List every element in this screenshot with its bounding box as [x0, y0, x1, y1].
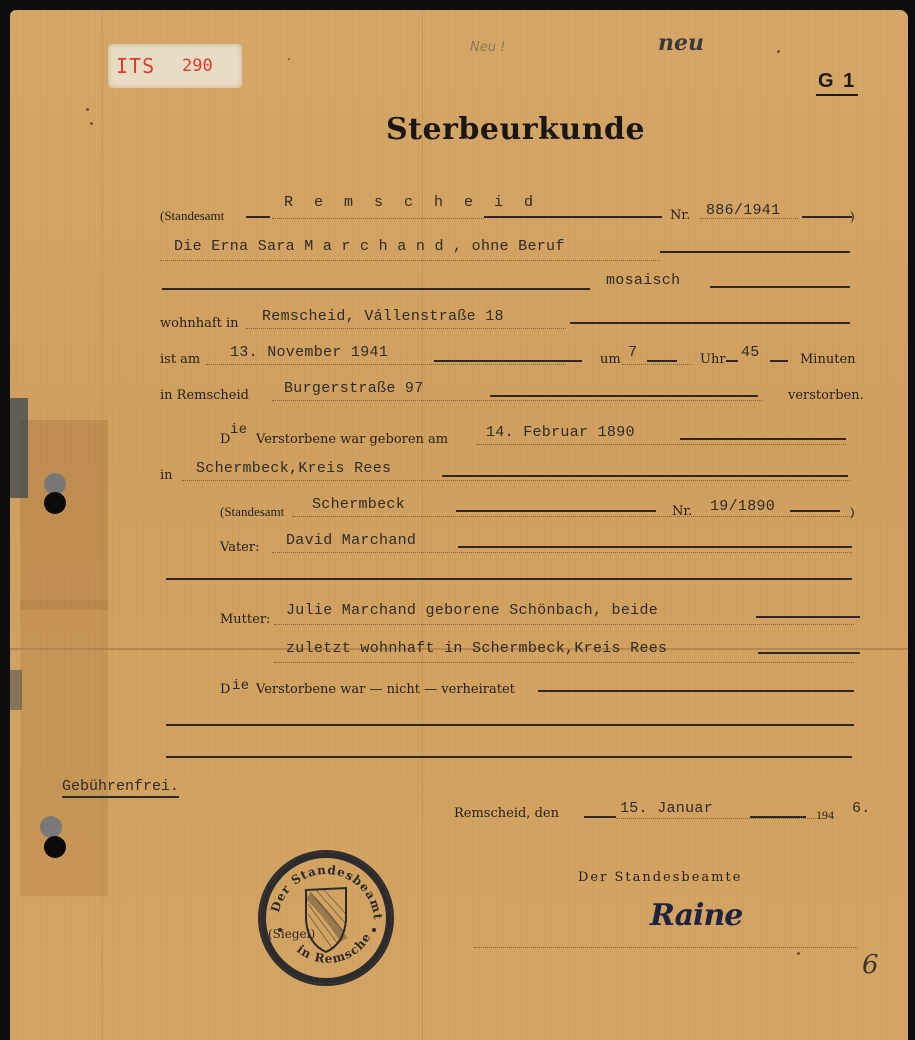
rule [570, 322, 850, 324]
paper-speck [86, 108, 89, 111]
fee-note: Gebührenfrei. [62, 778, 179, 798]
birth-date-value: 14. Februar 1890 [486, 424, 635, 441]
rule [434, 360, 582, 362]
archive-label: ITS 290 [108, 44, 242, 88]
residence-label: wohnhaft in [160, 316, 239, 331]
birth-registry-number-label: Nr. [672, 504, 692, 519]
dotted-line [206, 364, 566, 365]
minutes-label: Minuten [800, 352, 856, 367]
marital-status-text: Verstorbene war — nicht — verheiratet [256, 682, 515, 697]
mother-value-line2: zuletzt wohnhaft in Schermbeck,Kreis Ree… [286, 640, 667, 657]
dotted-line [616, 818, 826, 819]
seal-inner-label: (Siegel) [268, 927, 315, 941]
rule [538, 690, 854, 692]
rule [802, 216, 852, 218]
archive-label-number: 290 [182, 56, 213, 76]
dotted-line [246, 328, 566, 329]
rule [166, 724, 854, 726]
death-date-value: 13. November 1941 [230, 344, 388, 361]
died-label: verstorben. [788, 388, 864, 403]
father-label: Vater: [220, 540, 259, 555]
rule [710, 286, 850, 288]
dotted-line [476, 444, 846, 445]
rule [166, 756, 852, 758]
dotted-line [292, 516, 852, 517]
rule [726, 360, 738, 362]
birth-registry-close: ) [850, 504, 854, 520]
official-title: Der Standesbeamte [578, 870, 742, 885]
birth-registry-number-value: 19/1890 [710, 498, 775, 515]
death-place-label: in Remscheid [160, 388, 249, 403]
rule [770, 360, 788, 362]
rule [680, 438, 846, 440]
punch-hole-shadow [40, 816, 62, 838]
archive-label-prefix: ITS [116, 54, 155, 78]
dotted-line [274, 662, 854, 663]
dotted-line [272, 400, 762, 401]
dotted-line [272, 552, 852, 553]
rule [790, 510, 840, 512]
binding-tape-edge [10, 398, 28, 498]
registry-close: ) [850, 208, 854, 224]
signature-line [474, 947, 858, 948]
birth-label: Verstorbene war geboren am [256, 432, 448, 447]
repair-tape-upper [20, 420, 108, 610]
rule [442, 475, 848, 477]
birth-label-prefix: D [220, 432, 230, 447]
mother-label: Mutter: [220, 612, 270, 627]
rule [758, 652, 860, 654]
punch-hole [44, 492, 66, 514]
rule [246, 216, 270, 218]
punch-hole [44, 836, 66, 858]
page-number: 6 [862, 950, 879, 980]
rule [490, 395, 758, 397]
ink-annotation: neu [658, 30, 704, 56]
dotted-line [622, 364, 692, 365]
form-code: G 1 [816, 70, 858, 96]
death-date-label: ist am [160, 352, 200, 367]
binding-tape-edge [10, 670, 22, 710]
time-um-label: um [600, 352, 621, 367]
rule [162, 288, 590, 290]
rule [756, 616, 860, 618]
death-hour-value: 7 [628, 344, 637, 361]
issue-year-prefix: 194 [816, 808, 834, 823]
rule [660, 251, 850, 253]
dotted-line [182, 480, 850, 481]
rule [584, 816, 616, 818]
birth-label-fill: ie [230, 422, 247, 438]
official-signature: Raine [650, 898, 742, 933]
paper-speck [90, 122, 93, 125]
issue-year-suffix: 6. [852, 800, 871, 817]
rule [458, 546, 852, 548]
document-title: Sterbeurkunde [386, 112, 645, 147]
paper-speck [777, 50, 780, 53]
registry-label: (Standesamt [160, 208, 224, 224]
document-page: ITS 290 Neu ! neu G 1 Sterbeurkunde (Sta… [10, 10, 908, 1024]
registry-office-value: R e m s c h e i d [284, 194, 539, 211]
birth-place-label: in [160, 468, 173, 483]
paper-speck [797, 952, 800, 955]
rule [647, 360, 677, 362]
dotted-line [272, 218, 484, 219]
marital-label-fill: ie [232, 678, 249, 694]
rule [456, 510, 656, 512]
marital-label-prefix: D [220, 682, 230, 697]
mother-value-line1: Julie Marchand geborene Schönbach, beide [286, 602, 658, 619]
pencil-annotation: Neu ! [470, 40, 505, 55]
paper-speck [288, 58, 290, 60]
rule [750, 816, 806, 818]
vertical-fold-line [422, 10, 423, 1024]
birth-registry-office-value: Schermbeck [312, 496, 405, 513]
birth-registry-label: (Standesamt [220, 504, 284, 520]
registry-number-value: 886/1941 [706, 202, 780, 219]
dotted-line [160, 260, 660, 261]
rule [166, 578, 852, 580]
rule [484, 216, 662, 218]
birth-place-value: Schermbeck,Kreis Rees [196, 460, 391, 477]
seal-graphic-icon: Der Standesbeamte in Remscheid [260, 852, 392, 984]
deceased-name-value: Die Erna Sara M a r c h a n d , ohne Ber… [174, 238, 565, 255]
official-seal: Der Standesbeamte in Remscheid (Siegel) [258, 850, 394, 986]
death-place-value: Burgerstraße 97 [284, 380, 424, 397]
registry-number-label: Nr. [670, 208, 690, 223]
death-minutes-value: 45 [741, 344, 760, 361]
religion-value: mosaisch [606, 272, 680, 289]
issue-date-value: 15. Januar [620, 800, 713, 817]
issue-place-label: Remscheid, den [454, 806, 559, 821]
dotted-line [274, 624, 854, 625]
residence-value: Remscheid, Vállenstraße 18 [262, 308, 504, 325]
hour-label: Uhr [700, 352, 726, 367]
father-value: David Marchand [286, 532, 416, 549]
